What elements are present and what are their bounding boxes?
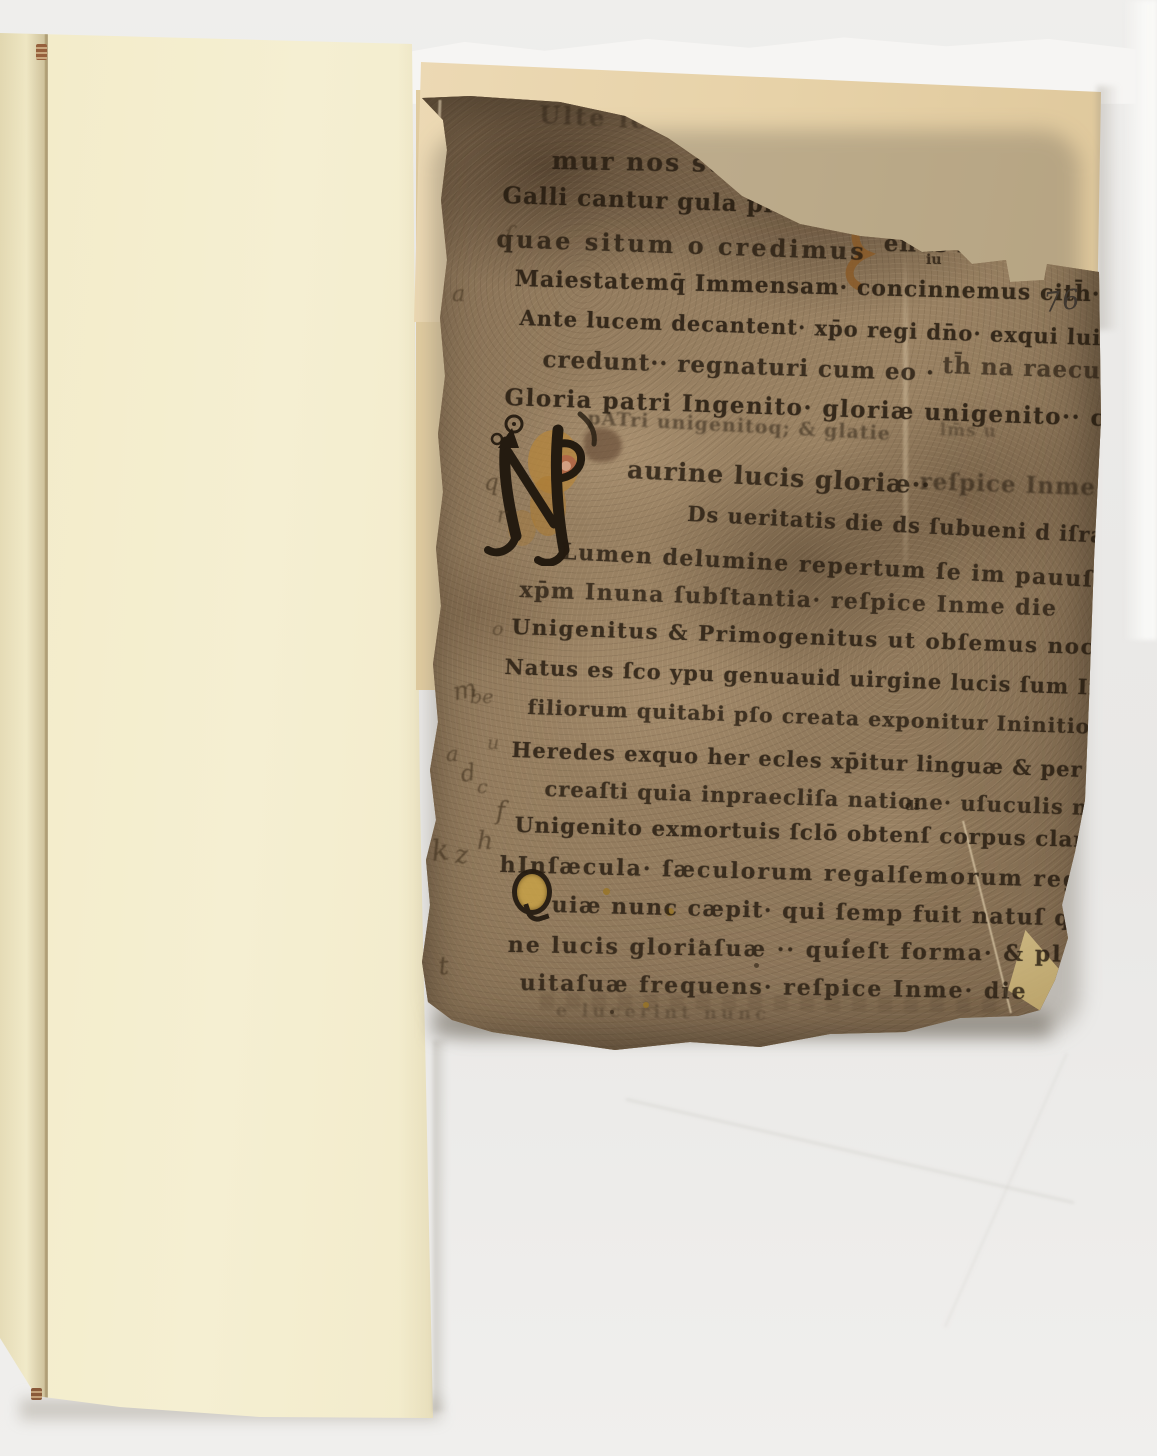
manuscript-line: credunt·· regnaturi cum eo · bbox=[542, 346, 935, 387]
margin-glyph: q bbox=[484, 470, 499, 496]
margin-glyph: u bbox=[487, 732, 499, 754]
manuscript-line: e lucerint nunc bbox=[556, 1000, 771, 1025]
manuscript-photograph: Ulte les nuucmur nos suator · sempGalli … bbox=[0, 0, 1157, 1456]
manuscript-line: creaſti quia inpraecliſa natione· uſucul… bbox=[544, 776, 1089, 820]
margin-glyph: z bbox=[455, 840, 468, 869]
manuscript-line: th̄ na raeculæ bbox=[942, 352, 1134, 386]
gutter-crease bbox=[45, 32, 47, 1400]
background-crease bbox=[944, 1053, 1068, 1328]
manuscript-line: lm̄s u bbox=[939, 420, 997, 442]
guard-edge-shadow bbox=[1097, 86, 1119, 330]
folio-number: 76 bbox=[1042, 284, 1082, 319]
manuscript-line: Unigenito exmortuis ſclō obtenſ corpus … bbox=[514, 813, 1126, 854]
manuscript-line: ne lucis gloriaſuæ ·· quieſt forma· & pl… bbox=[508, 932, 1097, 968]
margin-glyph: c bbox=[477, 776, 488, 798]
margin-glyph: k bbox=[430, 832, 450, 867]
manuscript-line: reſpice Inme die bbox=[919, 468, 1148, 503]
margin-glyph: t bbox=[437, 951, 450, 981]
margin-glyph: o bbox=[492, 618, 503, 640]
manuscript-line: quae situm o credimus bbox=[496, 224, 867, 266]
flyleaf-page bbox=[0, 0, 442, 1456]
margin-glyph: f bbox=[496, 796, 505, 825]
manuscript-line: uiæ nunc cæpit· qui ſemp fuit natuſ que bbox=[551, 892, 1104, 932]
manuscript-line: aurine lucis gloriæ·· bbox=[626, 455, 931, 500]
manuscript-line: filiorum quitabi pſo creata exponitur In… bbox=[527, 695, 1155, 741]
endband-speck-bottom bbox=[31, 1388, 42, 1400]
manuscript-line: iu bbox=[926, 252, 942, 268]
gutter-shading bbox=[0, 30, 48, 1400]
margin-glyph: be bbox=[470, 686, 493, 708]
margin-glyph: d bbox=[459, 760, 477, 788]
margin-glyph: a bbox=[452, 282, 465, 307]
manuscript-line: hInſæcula· ſæculorum regalſemorum regnum bbox=[499, 852, 1142, 895]
manuscript-line: Natus es ſco ypu genuauid uirgine lucis … bbox=[504, 654, 1157, 702]
manuscript-line: Ds ueritatis die ds ſubueni d iſrahel· i bbox=[687, 501, 1157, 551]
manuscript-line: Unigenitus & Primogenitus ut obſemus noc… bbox=[511, 615, 1157, 664]
endband-speck-top bbox=[36, 44, 47, 60]
ink-droplet bbox=[754, 963, 759, 968]
flyleaf-edge-shadow bbox=[433, 1040, 448, 1412]
margin-glyph: r bbox=[497, 503, 507, 527]
margin-glyph: a bbox=[446, 742, 459, 766]
manuscript-line: di bbox=[905, 799, 919, 814]
margin-glyph: h bbox=[477, 826, 493, 855]
